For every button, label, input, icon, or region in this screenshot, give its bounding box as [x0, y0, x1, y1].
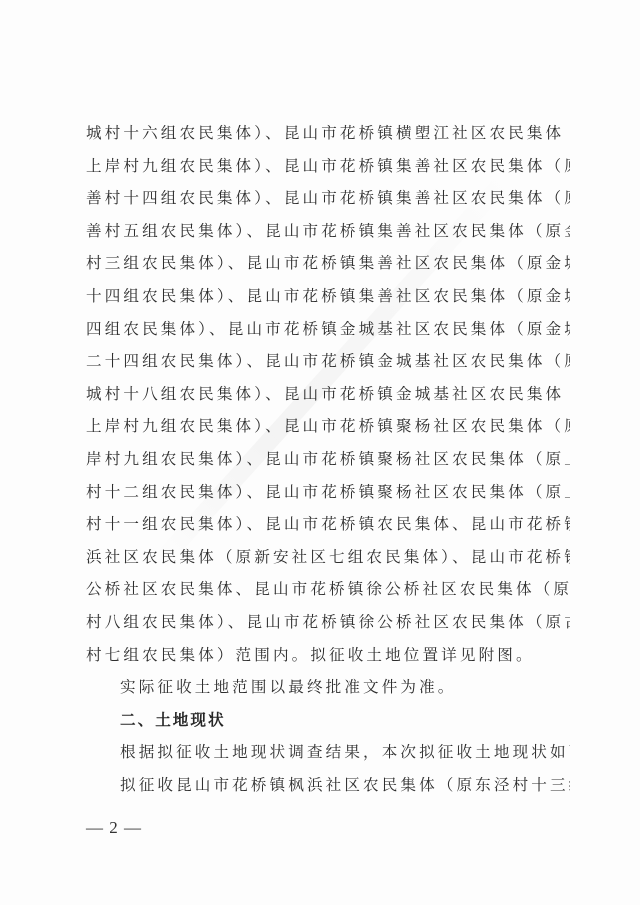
text-line: 上岸村九组农民集体）、昆山市花桥镇集善社区农民集体（原集	[86, 150, 570, 183]
text-line: 村七组农民集体）范围内。拟征收土地位置详见附图。	[86, 639, 570, 672]
text-line: 拟征收昆山市花桥镇枫浜社区农民集体（原东泾村十三组农	[86, 769, 570, 802]
section-heading-land-status: 二、土地现状	[86, 704, 570, 737]
document-body: 城村十六组农民集体）、昆山市花桥镇横塱江社区农民集体（原 上岸村九组农民集体）、…	[86, 117, 570, 801]
text-line: 上岸村九组农民集体）、昆山市花桥镇聚杨社区农民集体（原上	[86, 410, 570, 443]
text-line: 善村十四组农民集体）、昆山市花桥镇集善社区农民集体（原集	[86, 182, 570, 215]
text-line: 村十一组农民集体）、昆山市花桥镇农民集体、昆山市花桥镇星	[86, 508, 570, 541]
text-line: 公桥社区农民集体、昆山市花桥镇徐公桥社区农民集体（原古南	[86, 573, 570, 606]
text-line: 浜社区农民集体（原新安社区七组农民集体）、昆山市花桥镇徐	[86, 541, 570, 574]
text-line: 岸村九组农民集体）、昆山市花桥镇聚杨社区农民集体（原上岸	[86, 443, 570, 476]
text-line: 根据拟征收土地现状调查结果，本次拟征收土地现状如下：	[86, 736, 570, 769]
text-line: 城村十六组农民集体）、昆山市花桥镇横塱江社区农民集体（原	[86, 117, 570, 150]
paragraph-scope-note: 实际征收土地范围以最终批准文件为准。	[86, 671, 570, 704]
page-number: — 2 —	[86, 818, 142, 838]
text-line: 村八组农民集体）、昆山市花桥镇徐公桥社区农民集体（原古南	[86, 606, 570, 639]
text-line: 善村五组农民集体）、昆山市花桥镇集善社区农民集体（原金城	[86, 215, 570, 248]
text-line: 城村十八组农民集体）、昆山市花桥镇金城基社区农民集体（原	[86, 378, 570, 411]
text-line: 村三组农民集体）、昆山市花桥镇集善社区农民集体（原金城村	[86, 247, 570, 280]
text-line: 村十二组农民集体）、昆山市花桥镇聚杨社区农民集体（原上岸	[86, 476, 570, 509]
document-page: 城村十六组农民集体）、昆山市花桥镇横塱江社区农民集体（原 上岸村九组农民集体）、…	[0, 0, 640, 905]
text-line: 十四组农民集体）、昆山市花桥镇集善社区农民集体（原金城村	[86, 280, 570, 313]
text-line: 四组农民集体）、昆山市花桥镇金城基社区农民集体（原金城村	[86, 313, 570, 346]
text-line: 二十四组农民集体）、昆山市花桥镇金城基社区农民集体（原金	[86, 345, 570, 378]
